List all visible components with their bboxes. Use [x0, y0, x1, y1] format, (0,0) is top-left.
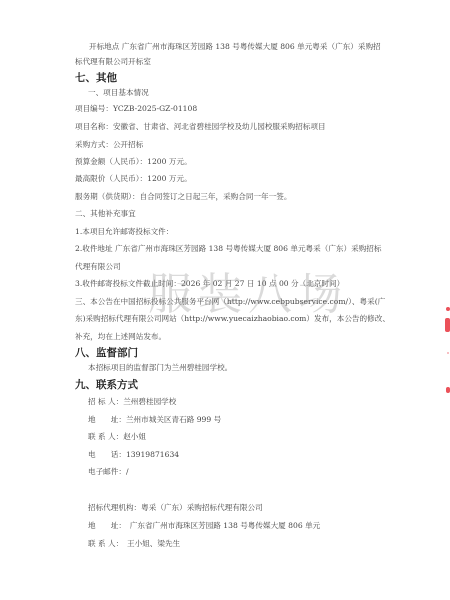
item-2-line1: 2.收件地址 广东省广州市海珠区芳园路 138 号粤传媒大厦 806 单元粤采（… [75, 244, 382, 254]
item-1: 1.本项目允许邮寄投标文件： [75, 227, 173, 237]
service-period: 服务期（供货期）：自合同签订之日起三年，采购合同一年一签。 [75, 192, 291, 202]
section7-sub2: 二、其他补充事宜 [75, 209, 136, 219]
tenderer-contact: 联 系 人：赵小姐 [88, 432, 146, 442]
section7-sub3-line3: 补充，均在上述网站发布。 [75, 332, 166, 342]
tenderer: 招 标 人：兰州碧桂园学校 [88, 397, 176, 407]
procurement-method: 采购方式：公开招标 [75, 140, 143, 150]
agency-address: 地 址： 广东省广州市海珠区芳园路 138 号粤传媒大厦 806 单元 [88, 521, 320, 531]
opening-location-line2: 标代理有限公司开标室 [75, 57, 151, 67]
section8-text: 本招标项目的监督部门为兰州碧桂园学校。 [88, 363, 232, 373]
agency-contact: 联 系 人： 王小姐、梁先生 [88, 539, 180, 549]
tenderer-phone: 电 话：13919871634 [88, 450, 179, 460]
section7-sub3-line2: 东)采购招标代理有限公司网站（http://www.yuecaizhaobiao… [75, 314, 390, 324]
agency-name: 招标代理机构：粤采（广东）采购招标代理有限公司 [88, 503, 263, 513]
section7-sub3-line1: 三、本公告在中国招标投标公共服务平台网（http://www.cebpubser… [75, 297, 385, 307]
item-3: 3.收件邮寄投标文件截止时间：2026 年 02 月 27 日 10 点 00 … [75, 279, 344, 289]
max-price: 最高限价（人民币）：1200 万元。 [75, 174, 192, 184]
tenderer-email: 电子邮件：/ [88, 467, 129, 477]
section9-heading: 九、联系方式 [75, 377, 138, 392]
project-number: 项目编号：YCZB-2025-GZ-01108 [75, 104, 197, 114]
budget-amount: 预算金额（人民币）：1200 万元。 [75, 157, 192, 167]
opening-location-line1: 开标地点 广东省广州市海珠区芳园路 138 号粤传媒大厦 806 单元粤采（广东… [89, 42, 381, 52]
watermark: 服装八场 [148, 258, 348, 322]
project-name: 项目名称：安徽省、甘肃省、河北省碧桂园学校及幼儿园校服采购招标项目 [75, 122, 326, 132]
document-page: 开标地点 广东省广州市海珠区芳园路 138 号粤传媒大厦 806 单元粤采（广东… [0, 0, 450, 600]
section8-heading: 八、监督部门 [75, 345, 138, 360]
item-2-line2: 代理有限公司 [75, 262, 121, 272]
section7-heading: 七、其他 [75, 70, 117, 85]
section7-sub1: 一、项目基本情况 [88, 88, 149, 98]
tenderer-address: 地 址：兰州市城关区青石路 999 号 [88, 415, 221, 425]
